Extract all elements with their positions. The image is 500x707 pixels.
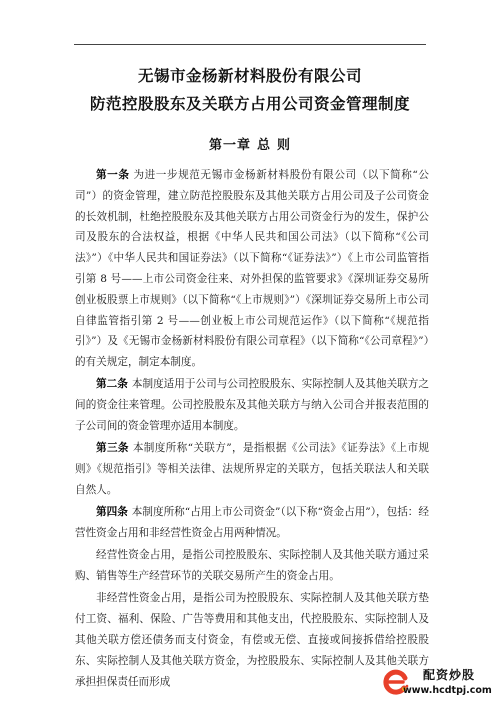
- article-3: 第三条本制度所称“关联方”，是指根据《公司法》《证券法》《上市规则》《规范指引》…: [75, 438, 429, 500]
- article-text: 为进一步规范无锡市金杨新材料股份有限公司（以下简称“公司”）的资金管理，建立防范…: [75, 169, 429, 368]
- document-body: 第一条为进一步规范无锡市金杨新材料股份有限公司（以下简称“公司”）的资金管理，建…: [75, 165, 429, 694]
- chapter-heading: 第一章总则: [0, 134, 500, 153]
- watermark: 配资炒股 www.hcdtpj.com: [383, 665, 500, 701]
- chapter-number: 第一章: [209, 138, 251, 153]
- paragraph-text: 非经营性资金占用，是指公司为控股股东、实际控制人及其他关联方垫付工资、福利、保险…: [75, 592, 429, 687]
- chapter-name-2: 则: [277, 138, 291, 153]
- watermark-title: 配资炒股: [423, 666, 475, 683]
- paragraph-text: 经营性资金占用，是指公司控股股东、实际控制人及其他关联方通过采购、销售等生产经营…: [75, 549, 429, 582]
- operating-occupation-paragraph: 经营性资金占用，是指公司控股股东、实际控制人及其他关联方通过采购、销售等生产经营…: [75, 545, 429, 587]
- header-rule: [74, 44, 426, 45]
- non-operating-occupation-paragraph: 非经营性资金占用，是指公司为控股股东、实际控制人及其他关联方垫付工资、福利、保险…: [75, 588, 429, 692]
- article-label: 第三条: [96, 442, 129, 454]
- chapter-name-1: 总: [257, 138, 271, 153]
- article-2: 第二条本制度适用于公司与公司控股股东、实际控制人及其他关联方之间的资金往来管理。…: [75, 374, 429, 436]
- article-text: 本制度适用于公司与公司控股股东、实际控制人及其他关联方之间的资金往来管理。公司控…: [75, 378, 429, 432]
- company-title: 无锡市金杨新材料股份有限公司: [0, 64, 500, 86]
- article-1: 第一条为进一步规范无锡市金杨新材料股份有限公司（以下简称“公司”）的资金管理，建…: [75, 165, 429, 373]
- article-4: 第四条本制度所称“占用上市公司资金”（以下称“资金占用”），包括：经营性资金占用…: [75, 502, 429, 544]
- article-label: 第四条: [96, 506, 128, 518]
- article-label: 第一条: [96, 169, 129, 181]
- watermark-url: www.hcdtpj.com: [403, 685, 492, 696]
- article-label: 第二条: [96, 378, 128, 390]
- document-title: 防范控股股东及关联方占用公司资金管理制度: [0, 92, 500, 114]
- article-text: 本制度所称“占用上市公司资金”（以下称“资金占用”），包括：经营性资金占用和非经…: [75, 506, 429, 539]
